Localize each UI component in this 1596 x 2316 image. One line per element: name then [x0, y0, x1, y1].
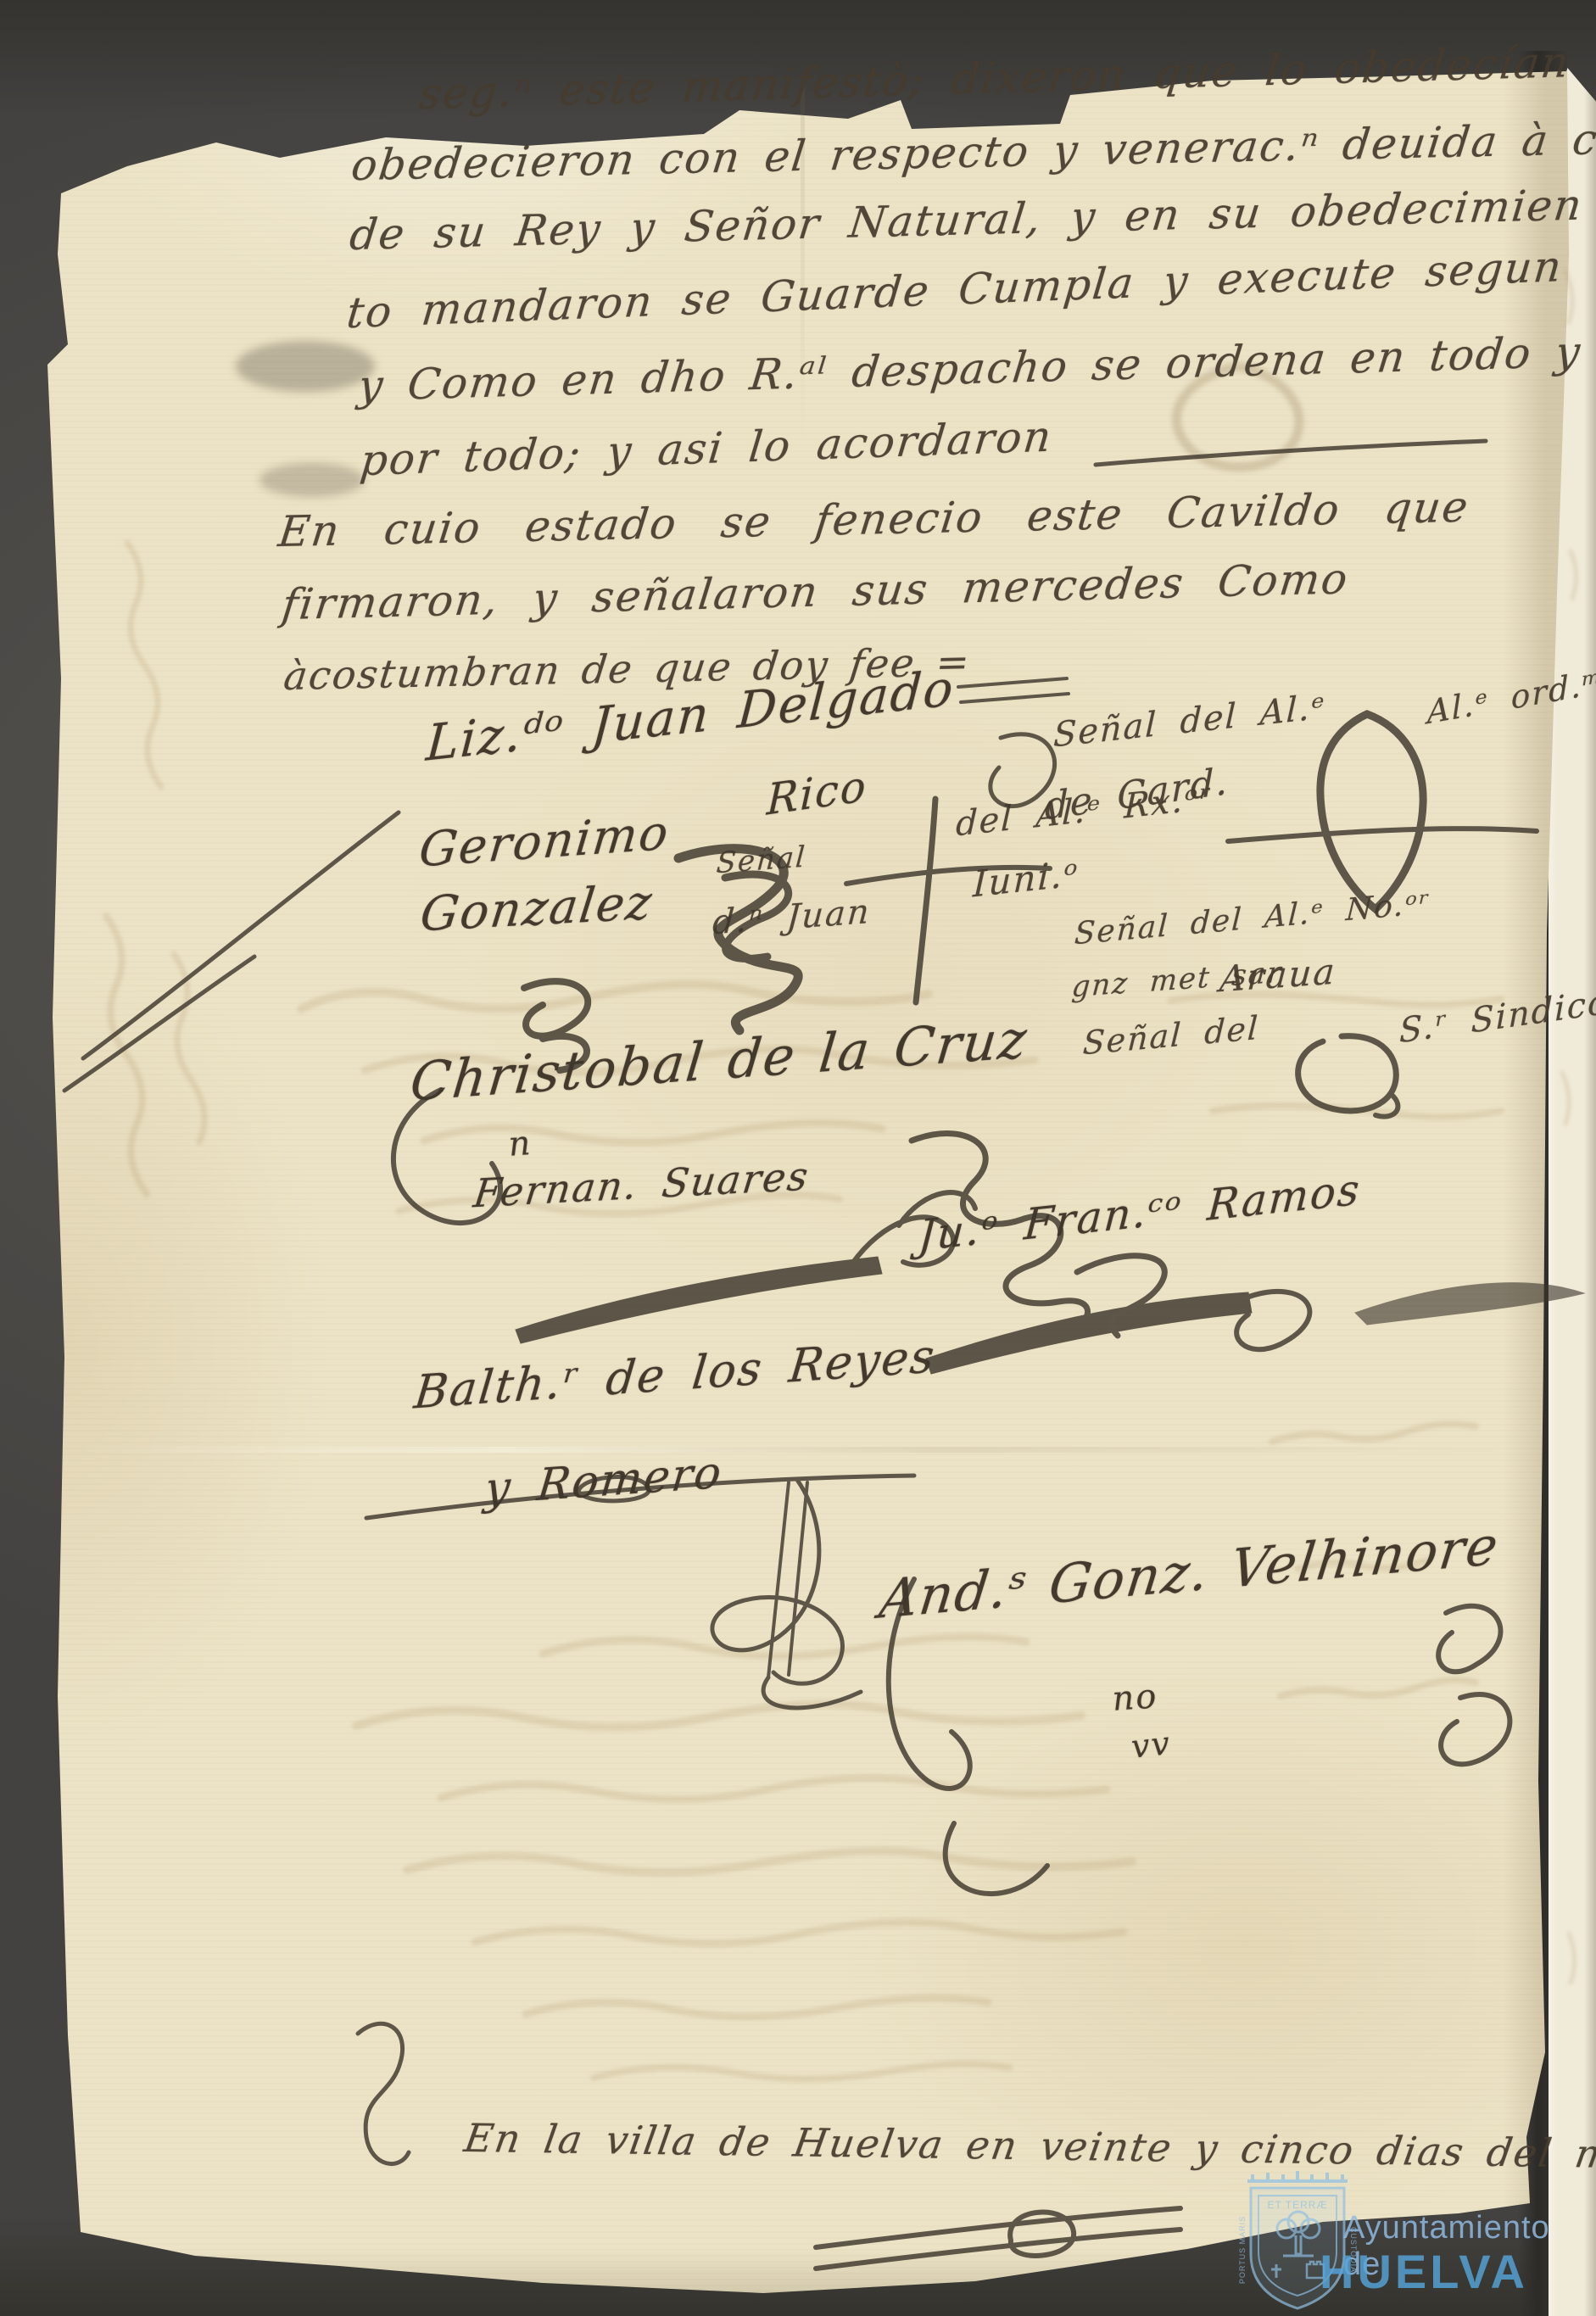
- crown-icon: [1247, 2171, 1348, 2181]
- signature-gonzalez: Gonzalez: [417, 877, 656, 941]
- signature-christobal-n: n: [507, 1125, 533, 1164]
- signature-andres-no: no: [1111, 1677, 1159, 1718]
- signature-andres-vv: vv: [1130, 1726, 1173, 1765]
- senal-label: Señal: [715, 842, 807, 880]
- watermark-city-label: HUELVA: [1320, 2244, 1528, 2299]
- document-scan-canvas: seg.ⁿ este manifestò; dixeron que lo obe…: [0, 0, 1596, 2316]
- shield-motto-top: ET TERRÆ: [1268, 2199, 1328, 2211]
- araua-label: Araua: [1219, 952, 1337, 999]
- shield-motto-left: PORTUS MARIS: [1238, 2216, 1247, 2284]
